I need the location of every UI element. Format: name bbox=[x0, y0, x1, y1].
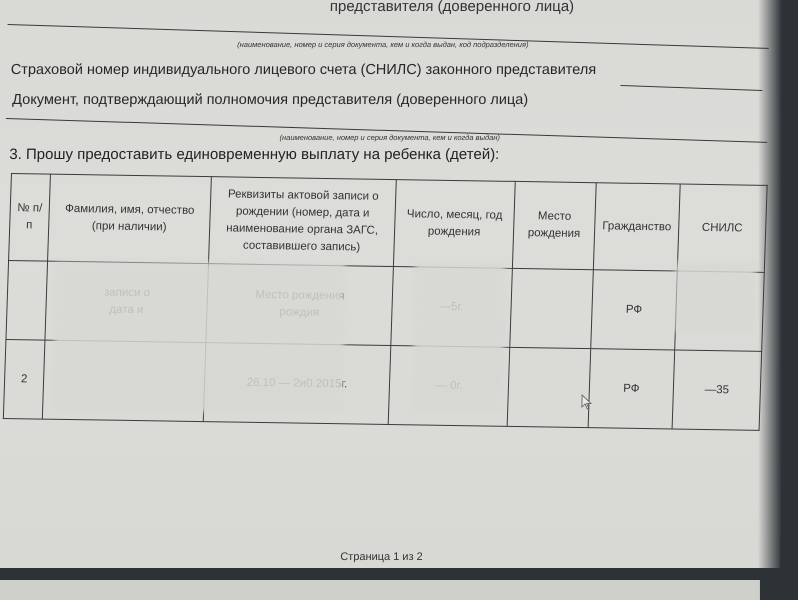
authority-caption: (наименование, номер и серия документа, … bbox=[280, 133, 501, 142]
monitor-bezel bbox=[758, 0, 798, 600]
snils-representative-label: Страховой номер индивидуального лицевого… bbox=[11, 62, 597, 78]
redaction-blur bbox=[413, 262, 506, 412]
table-header-row: № п/п Фамилия, имя, отчество (при наличи… bbox=[9, 174, 768, 273]
row2-citizenship: РФ bbox=[588, 349, 675, 429]
document-page: представителя (доверенного лица) (наимен… bbox=[0, 0, 790, 568]
header-birth-record: Реквизиты актовой записи о рождении (ном… bbox=[208, 177, 396, 267]
row2-snils: —35 bbox=[672, 350, 762, 430]
snils-input-line[interactable] bbox=[620, 85, 762, 91]
redaction-blur bbox=[674, 262, 755, 332]
header-birth-date: Число, месяц, год рождения bbox=[393, 180, 515, 269]
page-indicator: Страница 1 из 2 bbox=[340, 551, 423, 563]
document-caption: (наименование, номер и серия документа, … bbox=[237, 40, 528, 49]
mouse-cursor-icon bbox=[581, 394, 593, 410]
row1-citizenship: РФ bbox=[591, 270, 678, 350]
row1-birth-place bbox=[510, 268, 594, 348]
redaction-blur bbox=[53, 262, 346, 412]
header-citizenship: Гражданство bbox=[593, 183, 680, 271]
header-birth-place: Место рождения bbox=[512, 181, 596, 269]
header-snils: СНИЛС bbox=[677, 184, 767, 272]
header-number: № п/п bbox=[9, 174, 51, 262]
next-page-edge bbox=[0, 580, 760, 600]
row2-number: 2 bbox=[3, 339, 45, 419]
row1-number bbox=[6, 260, 48, 340]
authority-document-label: Документ, подтверждающий полномочия пред… bbox=[12, 92, 528, 108]
header-fragment: представителя (доверенного лица) bbox=[330, 0, 575, 15]
header-fio: Фамилия, имя, отчество (при наличии) bbox=[48, 174, 212, 264]
section-title: 3. Прошу предоставить единовременную вып… bbox=[9, 146, 499, 163]
row2-birth-place bbox=[507, 347, 591, 427]
